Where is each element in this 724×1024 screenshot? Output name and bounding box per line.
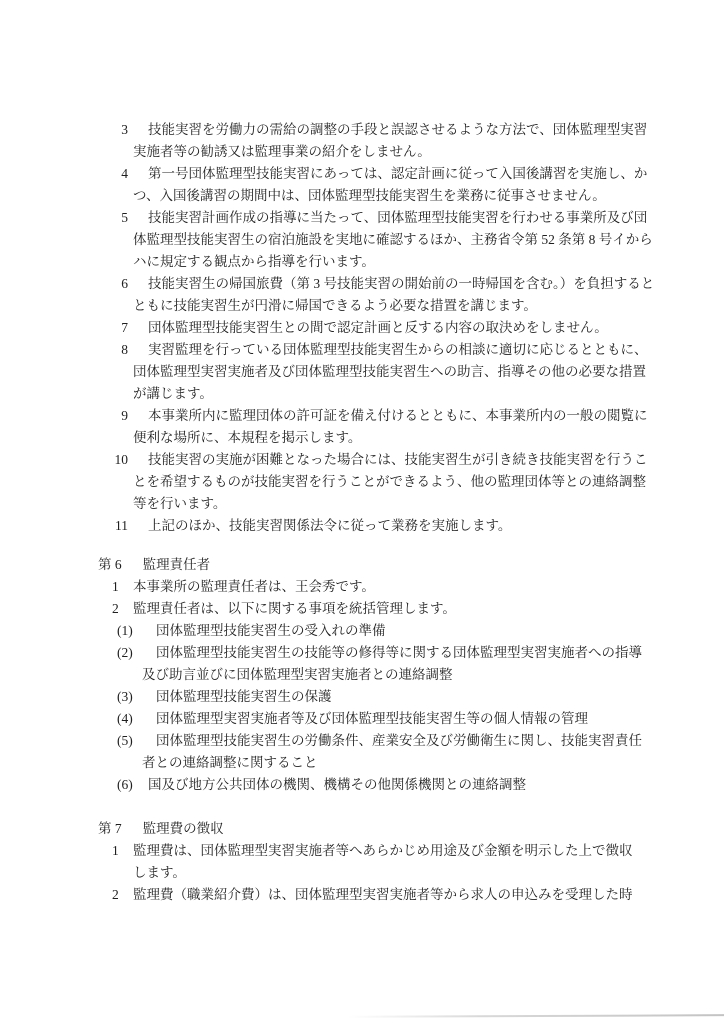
list-item: 3 技能実習を労働力の需給の調整の手段と誤認させるような方法で、団体監理型実習 …: [133, 119, 724, 163]
list-item: 7 団体監理型技能実習生との間で認定計画と反する内容の取決めをしません。: [133, 317, 724, 339]
section-label: 第 7: [98, 821, 122, 836]
item-text: 団体監理型技能実習生の労働条件、産業安全及び労働衛生に関し、技能実習責任 者との…: [142, 730, 724, 774]
item-number: 7: [110, 317, 128, 339]
section-label: 第 6: [98, 557, 122, 572]
item-number: 2: [112, 884, 119, 906]
item-text: 技能実習の実施が困難となった場合には、技能実習生が引き続き技能実習を行うこ とを…: [133, 449, 724, 515]
item-text: 団体監理型技能実習生の技能等の修得等に関する団体監理型実習実施者への指導 及び助…: [142, 642, 724, 686]
item-text: 技能実習生の帰国旅費（第 3 号技能実習の開始前の一時帰国を含む。）を負担すると…: [133, 273, 724, 317]
sub-list-item: (4) 団体監理型実習実施者等及び団体監理型技能実習生等の個人情報の管理: [142, 708, 724, 730]
section-title: 監理費の徴収: [143, 821, 224, 836]
item-text: 団体監理型技能実習生との間で認定計画と反する内容の取決めをしません。: [133, 317, 724, 339]
item-text: 監理費（職業紹介費）は、団体監理型実習実施者等から求人の申込みを受理した時: [133, 884, 724, 906]
item-text: 技能実習計画作成の指導に当たって、団体監理型技能実習を行わせる事業所及び団 体監…: [133, 207, 724, 273]
scanned-document-page: 3 技能実習を労働力の需給の調整の手段と誤認させるような方法で、団体監理型実習 …: [0, 0, 724, 1024]
item-text: 本事業所内に監理団体の許可証を備え付けるとともに、本事業所内の一般の閲覧に 便利…: [133, 405, 724, 449]
item-text: 第一号団体監理型技能実習にあっては、認定計画に従って入国後講習を実施し、か つ、…: [133, 163, 724, 207]
list-item: 11 上記のほか、技能実習関係法令に従って業務を実施します。: [133, 515, 724, 537]
item-number: (2): [117, 642, 133, 664]
sub-list-item: (5) 団体監理型技能実習生の労働条件、産業安全及び労働衛生に関し、技能実習責任…: [142, 730, 724, 774]
item-number: 10: [110, 449, 128, 471]
item-text: 上記のほか、技能実習関係法令に従って業務を実施します。: [133, 515, 724, 537]
list-item: 5 技能実習計画作成の指導に当たって、団体監理型技能実習を行わせる事業所及び団 …: [133, 207, 724, 273]
item-text: 国及び地方公共団体の機関、機構その他関係機関との連絡調整: [142, 774, 724, 796]
sub-list-item: (3) 団体監理型技能実習生の保護: [142, 686, 724, 708]
list-item: 1 本事業所の監理責任者は、王会秀です。: [133, 576, 724, 598]
item-number: 4: [110, 163, 128, 185]
item-number: (1): [117, 620, 133, 642]
list-item: 1 監理費は、団体監理型実習実施者等へあらかじめ用途及び金額を明示した上で徴収 …: [133, 840, 724, 884]
list-item: 6 技能実習生の帰国旅費（第 3 号技能実習の開始前の一時帰国を含む。）を負担す…: [133, 273, 724, 317]
item-number: 11: [110, 515, 128, 537]
item-text: 団体監理型技能実習生の保護: [142, 686, 724, 708]
item-number: 1: [112, 840, 119, 862]
item-text: 監理費は、団体監理型実習実施者等へあらかじめ用途及び金額を明示した上で徴収 しま…: [133, 840, 724, 884]
item-number: (6): [117, 774, 133, 796]
sub-list-item: (6) 国及び地方公共団体の機関、機構その他関係機関との連絡調整: [142, 774, 724, 796]
item-number: (5): [117, 730, 133, 752]
item-number: 6: [110, 273, 128, 295]
section-heading-7: 第 7監理費の徴収: [98, 818, 724, 840]
item-number: 2: [112, 598, 119, 620]
list-item: 4 第一号団体監理型技能実習にあっては、認定計画に従って入国後講習を実施し、か …: [133, 163, 724, 207]
item-text: 監理責任者は、以下に関する事項を統括管理します。: [133, 598, 724, 620]
item-number: (4): [117, 708, 133, 730]
item-number: 9: [110, 405, 128, 427]
list-item: 2 監理費（職業紹介費）は、団体監理型実習実施者等から求人の申込みを受理した時: [133, 884, 724, 906]
list-item: 2 監理責任者は、以下に関する事項を統括管理します。: [133, 598, 724, 620]
sub-list-item: (2) 団体監理型技能実習生の技能等の修得等に関する団体監理型実習実施者への指導…: [142, 642, 724, 686]
scan-edge-artifact: [348, 1014, 724, 1018]
item-number: 8: [110, 339, 128, 361]
item-number: 5: [110, 207, 128, 229]
item-text: 実習監理を行っている団体監理型技能実習生からの相談に適切に応じるとともに、 団体…: [133, 339, 724, 405]
item-text: 団体監理型実習実施者等及び団体監理型技能実習生等の個人情報の管理: [142, 708, 724, 730]
document-body: 3 技能実習を労働力の需給の調整の手段と誤認させるような方法で、団体監理型実習 …: [0, 119, 724, 906]
section-title: 監理責任者: [143, 557, 211, 572]
item-text: 本事業所の監理責任者は、王会秀です。: [133, 576, 724, 598]
sub-list-item: (1) 団体監理型技能実習生の受入れの準備: [142, 620, 724, 642]
item-number: (3): [117, 686, 133, 708]
list-item: 10 技能実習の実施が困難となった場合には、技能実習生が引き続き技能実習を行うこ…: [133, 449, 724, 515]
list-item: 8 実習監理を行っている団体監理型技能実習生からの相談に適切に応じるとともに、 …: [133, 339, 724, 405]
item-text: 技能実習を労働力の需給の調整の手段と誤認させるような方法で、団体監理型実習 実施…: [133, 119, 724, 163]
list-item: 9 本事業所内に監理団体の許可証を備え付けるとともに、本事業所内の一般の閲覧に …: [133, 405, 724, 449]
item-number: 1: [112, 576, 119, 598]
section-heading-6: 第 6監理責任者: [98, 554, 724, 576]
item-text: 団体監理型技能実習生の受入れの準備: [142, 620, 724, 642]
item-number: 3: [110, 119, 128, 141]
